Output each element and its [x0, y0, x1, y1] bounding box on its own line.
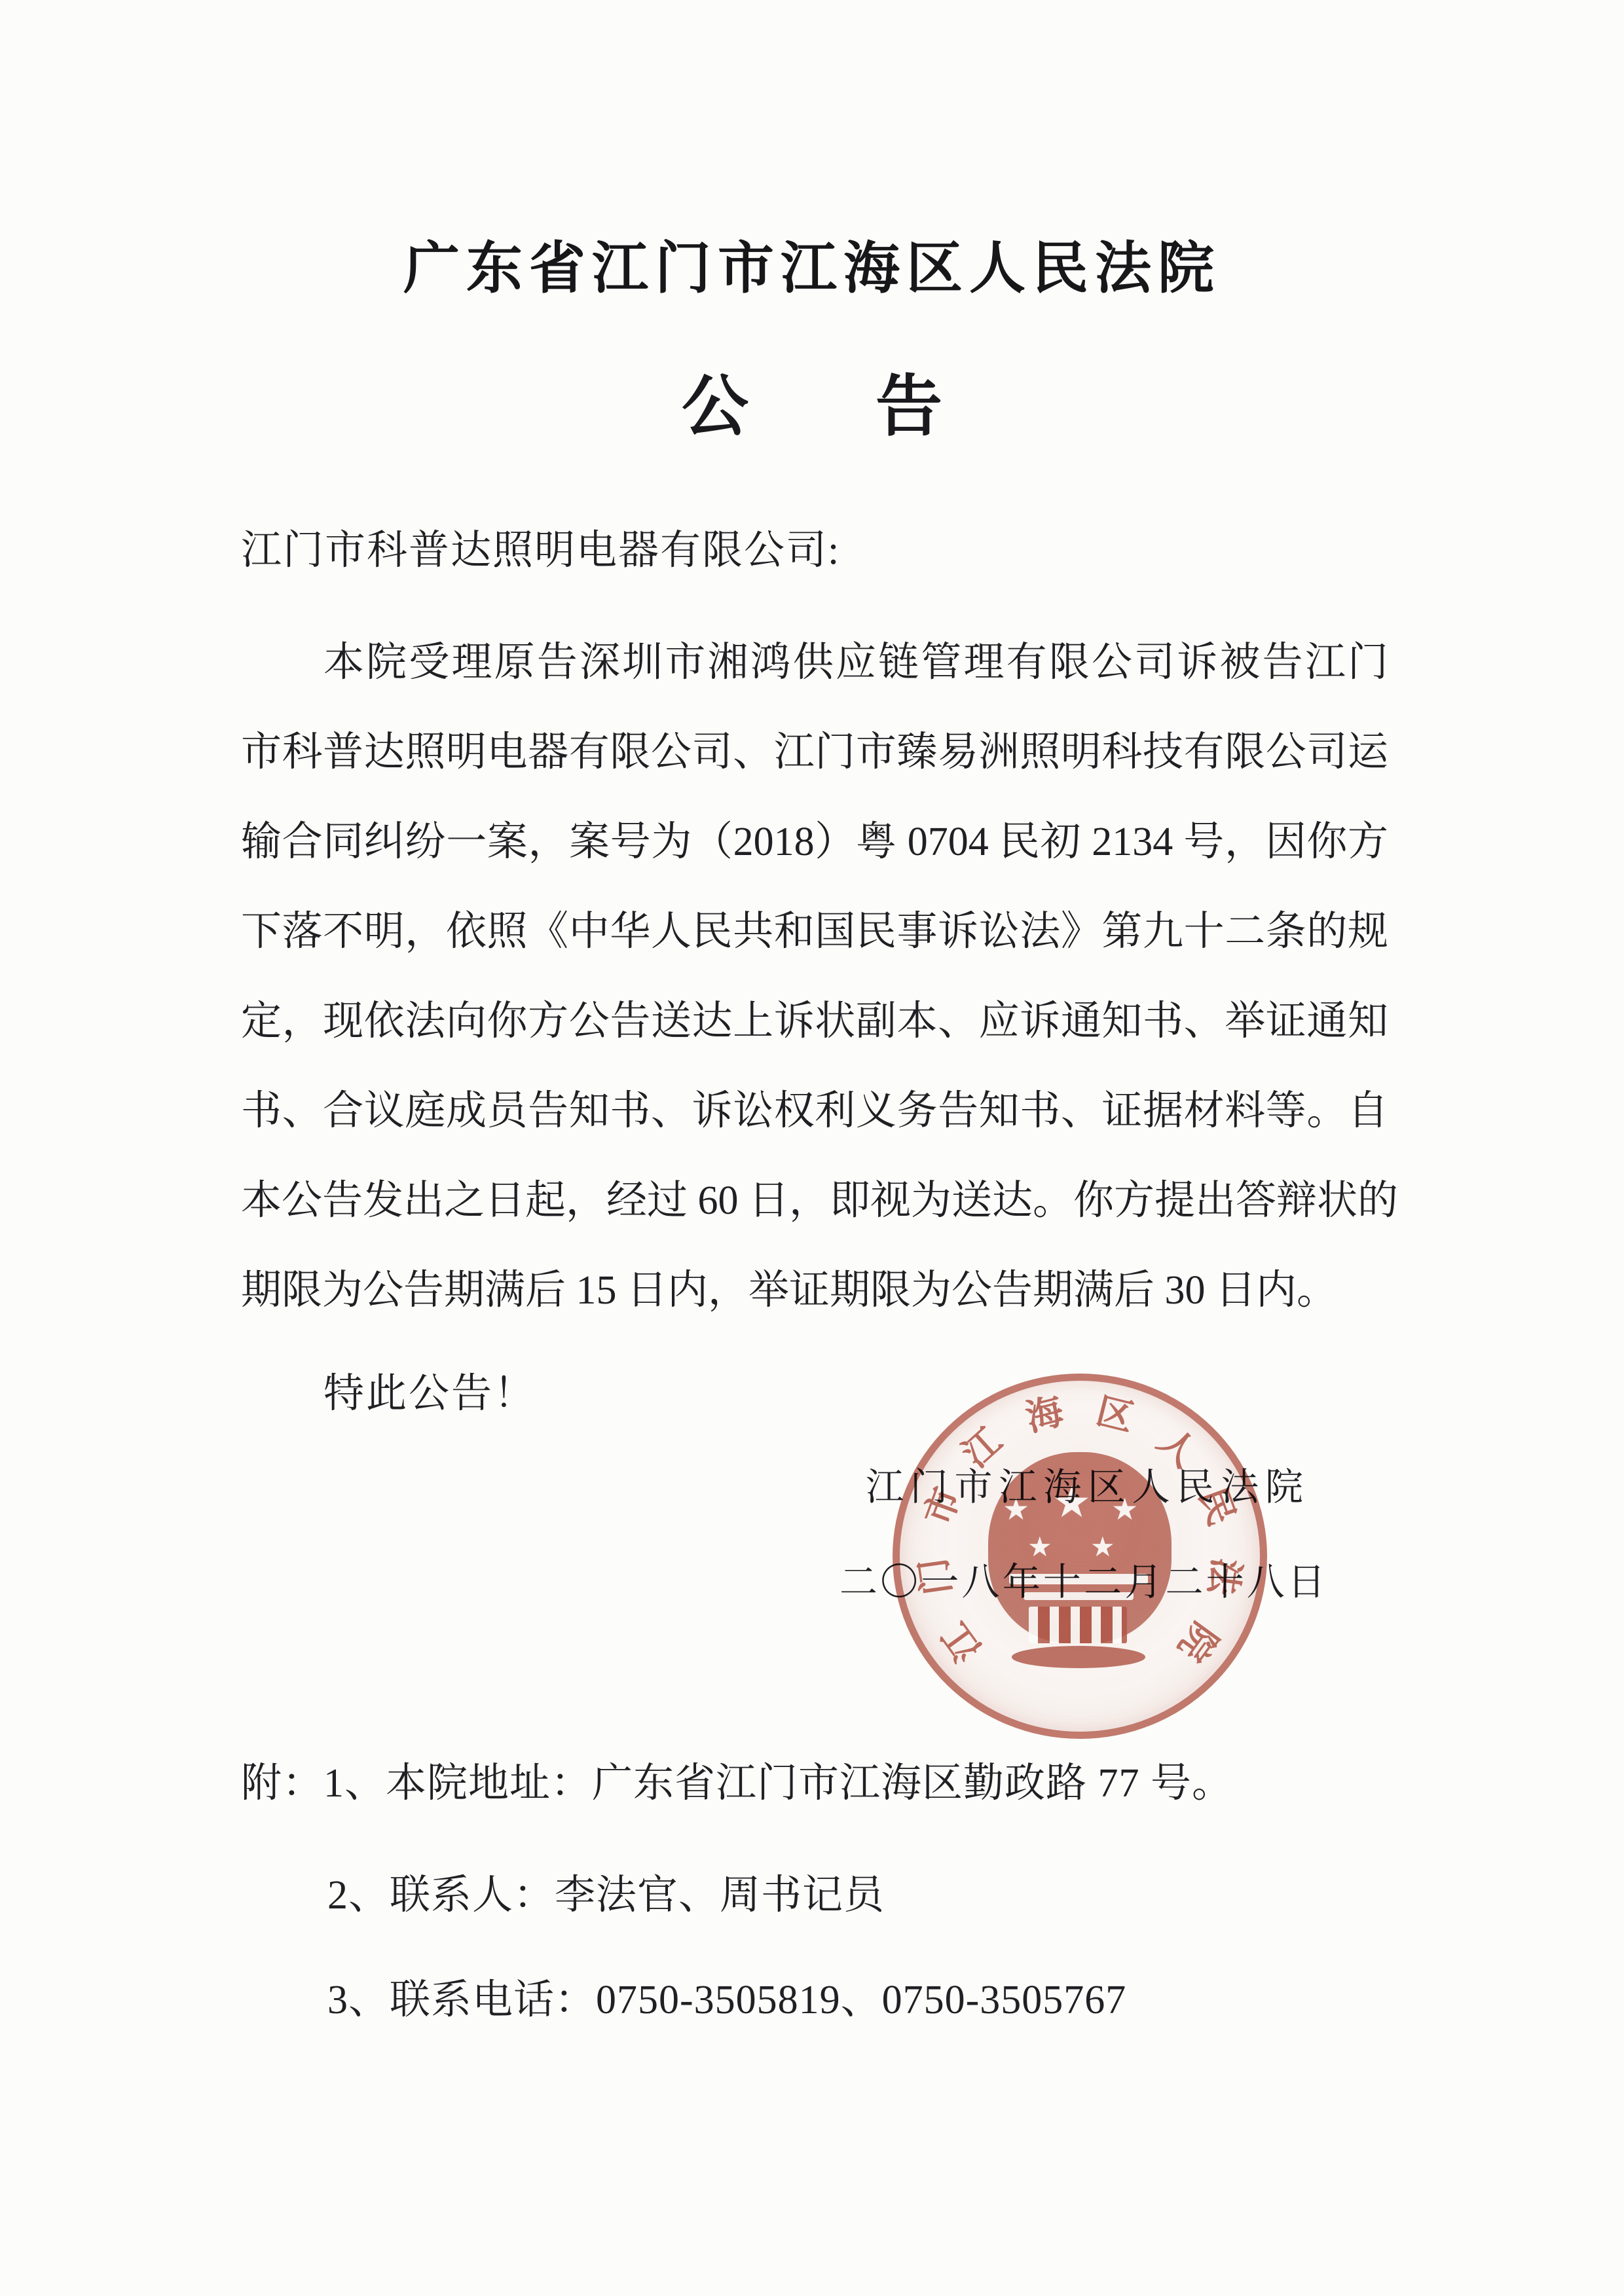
- addressee-salutation: 江门市科普达照明电器有限公司:: [241, 517, 840, 575]
- body-line: 市科普达照明电器有限公司、江门市臻易洲照明科技有限公司运: [241, 708, 1388, 797]
- body-line: 书、合议庭成员告知书、诉讼权利义务告知书、证据材料等。自: [241, 1066, 1388, 1156]
- body-line: 本公告发出之日起，经过 60 日，即视为送达。你方提出答辩状的: [241, 1156, 1388, 1246]
- body-line: 下落不明，依照《中华人民共和国民事诉讼法》第九十二条的规: [241, 887, 1388, 977]
- court-notice-document: 广东省江门市江海区人民法院 公 告 江门市科普达照明电器有限公司: 本院受理原告…: [0, 0, 1624, 2296]
- note-contact-phones: 3、联系电话：0750-3505819、0750-3505767: [327, 1967, 1126, 2025]
- body-line: 期限为公告期满后 15 日内，举证期限为公告期满后 30 日内。: [241, 1246, 1388, 1336]
- notice-body: 本院受理原告深圳市湘鸿供应链管理有限公司诉被告江门 市科普达照明电器有限公司、江…: [241, 618, 1388, 1336]
- body-line: 本院受理原告深圳市湘鸿供应链管理有限公司诉被告江门: [241, 618, 1388, 708]
- court-title: 广东省江门市江海区人民法院: [0, 223, 1624, 304]
- emblem-gate-wall: [1029, 1607, 1127, 1643]
- signature-court-name: 江门市江海区人民法院: [866, 1456, 1303, 1511]
- signature-date: 二〇一八年十二月二十八日: [840, 1551, 1325, 1606]
- seal-ring-char: 江: [933, 1613, 991, 1671]
- emblem-gear-base: [1012, 1646, 1145, 1668]
- body-line: 定，现依法向你方公告送达上诉状副本、应诉通知书、举证通知: [241, 977, 1388, 1066]
- seal-ring-char: 院: [1168, 1613, 1227, 1671]
- seal-ring-char: 区: [1090, 1390, 1141, 1441]
- note-court-address: 附：1、本院地址：广东省江门市江海区勤政路 77 号。: [241, 1750, 1233, 1808]
- notice-title: 公 告: [0, 354, 1624, 449]
- closing-statement: 特此公告！: [323, 1360, 536, 1419]
- note-contact-persons: 2、联系人：李法官、周书记员: [327, 1862, 885, 1920]
- seal-ring-char: 海: [1020, 1390, 1071, 1441]
- body-line: 输合同纠纷一案，案号为（2018）粤 0704 民初 2134 号，因你方: [241, 797, 1388, 887]
